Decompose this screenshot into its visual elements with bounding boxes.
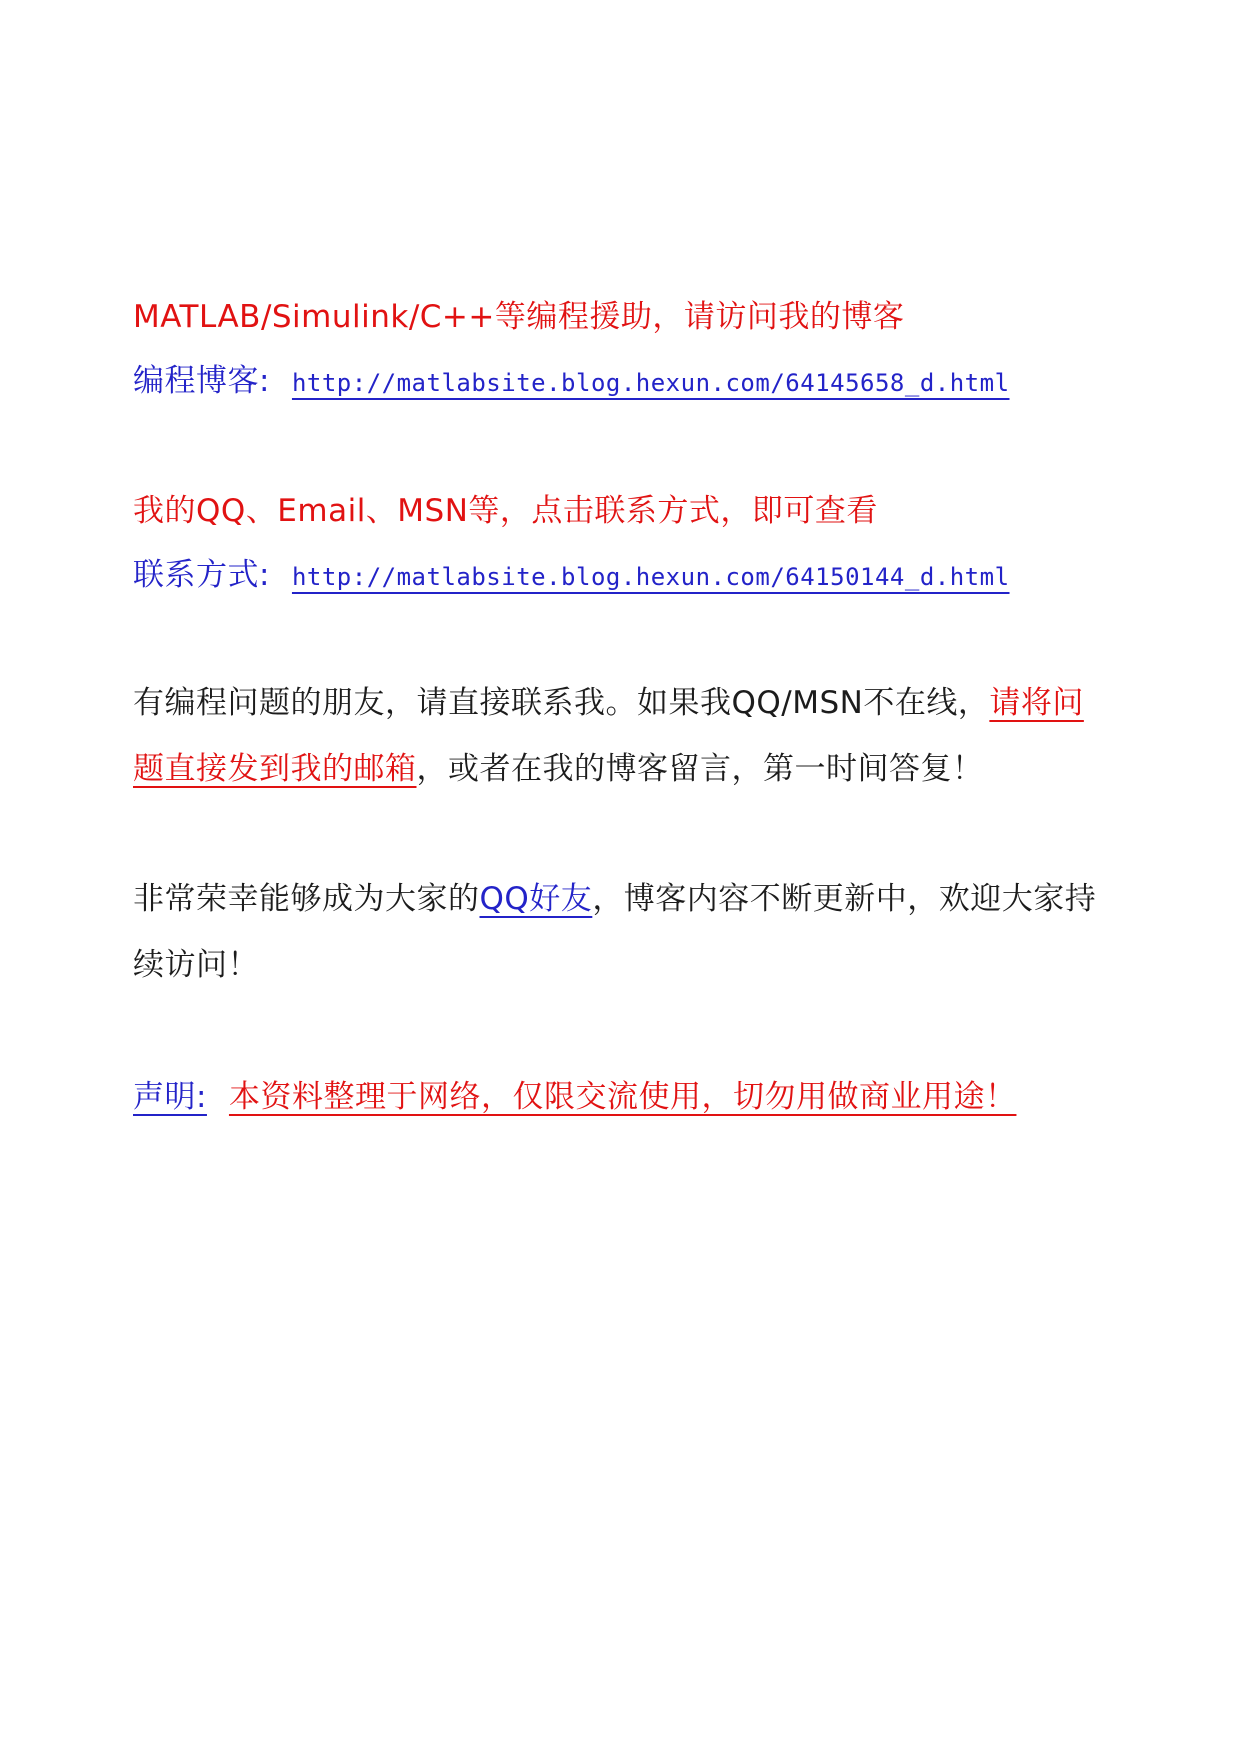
notice-label: 声明: bbox=[133, 1079, 207, 1115]
paragraph-questions-text-2: ，或者在我的博客留言，第一时间答复！ bbox=[417, 751, 984, 787]
blog-label: 编程博客: bbox=[133, 363, 270, 399]
paragraph-welcome-text-1: 非常荣幸能够成为大家的 bbox=[133, 881, 480, 917]
blog-url-link[interactable]: http://matlabsite.blog.hexun.com/6414565… bbox=[292, 369, 1010, 397]
document-page: MATLAB/Simulink/C++等编程援助，请访问我的博客 编程博客:ht… bbox=[0, 0, 1241, 1755]
contact-url-link[interactable]: http://matlabsite.blog.hexun.com/6415014… bbox=[292, 563, 1010, 591]
contact-link-line: 联系方式:http://matlabsite.blog.hexun.com/64… bbox=[133, 542, 1111, 610]
qq-friend-link[interactable]: QQ好友 bbox=[480, 881, 593, 917]
paragraph-welcome: 非常荣幸能够成为大家的QQ好友，博客内容不断更新中，欢迎大家持续访问！ bbox=[133, 866, 1111, 998]
heading-contact-info: 我的QQ、Email、MSN等，点击联系方式，即可查看 bbox=[133, 478, 1111, 544]
contact-label: 联系方式: bbox=[133, 557, 270, 593]
paragraph-questions-text-1: 有编程问题的朋友，请直接联系我。如果我QQ/MSN不在线， bbox=[133, 685, 989, 721]
paragraph-questions: 有编程问题的朋友，请直接联系我。如果我QQ/MSN不在线，请将问题直接发到我的邮… bbox=[133, 670, 1111, 802]
heading-programming-help: MATLAB/Simulink/C++等编程援助，请访问我的博客 bbox=[133, 284, 1111, 350]
blog-link-line: 编程博客:http://matlabsite.blog.hexun.com/64… bbox=[133, 348, 1111, 416]
notice-text: 本资料整理于网络，仅限交流使用，切勿用做商业用途！ bbox=[229, 1079, 1017, 1115]
notice-line: 声明:本资料整理于网络，仅限交流使用，切勿用做商业用途！ bbox=[133, 1064, 1111, 1130]
